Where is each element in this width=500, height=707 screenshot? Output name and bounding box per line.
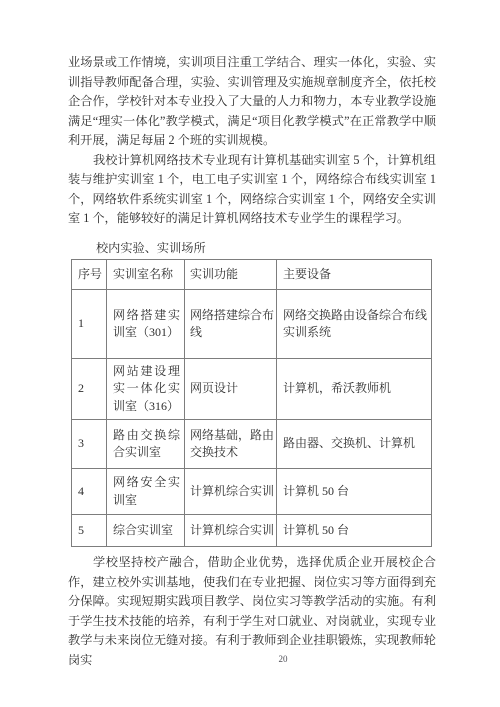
paragraph-training-rooms: 我校计算机网络技术专业现有计算机基础实训室 5 个，计算机组装与维护实训室 1 … (68, 151, 436, 229)
table-row: 3 路由交换综合实训室 网络基础，路由交换技术 路由器、交换机、计算机 (72, 420, 432, 469)
paragraph-school-enterprise: 学校坚持校产融合，借助企业优势，选择优质企业开展校企合作，建立校外实训基地，使我… (68, 553, 436, 670)
cell-function: 计算机综合实训 (185, 469, 277, 515)
cell-equipment: 网络交换路由设备综合布线实训系统 (277, 290, 432, 359)
paragraph-training-conditions: 业场景或工作情境，实训项目注重工学结合、理实一体化，实验、实训指导教师配备合理，… (68, 53, 436, 151)
cell-index: 2 (72, 359, 107, 420)
header-cell-function: 实训功能 (185, 260, 277, 290)
document-page: 业场景或工作情境，实训项目注重工学结合、理实一体化，实验、实训指导教师配备合理，… (0, 0, 500, 707)
cell-function: 网络基础，路由交换技术 (185, 420, 277, 469)
cell-room-name: 网络搭建实训室（301） (107, 290, 185, 359)
cell-room-name: 综合实训室 (107, 515, 185, 547)
cell-equipment: 计算机 50 台 (277, 515, 432, 547)
facilities-table: 序号 实训室名称 实训功能 主要设备 1 网络搭建实训室（301） 网络搭建综合… (71, 259, 432, 547)
header-cell-index: 序号 (72, 260, 107, 290)
page-number: 20 (269, 654, 297, 664)
page-content: 业场景或工作情境，实训项目注重工学结合、理实一体化，实验、实训指导教师配备合理，… (68, 53, 436, 670)
cell-equipment: 计算机 50 台 (277, 469, 432, 515)
header-cell-room-name: 实训室名称 (107, 260, 185, 290)
cell-room-name: 网站建设理实一体化实训室（316） (107, 359, 185, 420)
cell-index: 4 (72, 469, 107, 515)
cell-equipment: 路由器、交换机、计算机 (277, 420, 432, 469)
cell-room-name: 网络安全实训室 (107, 469, 185, 515)
cell-equipment: 计算机，希沃教师机 (277, 359, 432, 420)
table-row: 2 网站建设理实一体化实训室（316） 网页设计 计算机，希沃教师机 (72, 359, 432, 420)
table-row: 4 网络安全实训室 计算机综合实训 计算机 50 台 (72, 469, 432, 515)
cell-function: 网页设计 (185, 359, 277, 420)
cell-index: 5 (72, 515, 107, 547)
header-cell-equipment: 主要设备 (277, 260, 432, 290)
cell-index: 3 (72, 420, 107, 469)
table-row: 1 网络搭建实训室（301） 网络搭建综合布线 网络交换路由设备综合布线实训系统 (72, 290, 432, 359)
table-row: 5 综合实训室 计算机综合实训 计算机 50 台 (72, 515, 432, 547)
cell-room-name: 路由交换综合实训室 (107, 420, 185, 469)
cell-function: 计算机综合实训 (185, 515, 277, 547)
table-caption: 校内实验、实训场所 (68, 239, 436, 259)
cell-index: 1 (72, 290, 107, 359)
cell-function: 网络搭建综合布线 (185, 290, 277, 359)
table-header-row: 序号 实训室名称 实训功能 主要设备 (72, 260, 432, 290)
